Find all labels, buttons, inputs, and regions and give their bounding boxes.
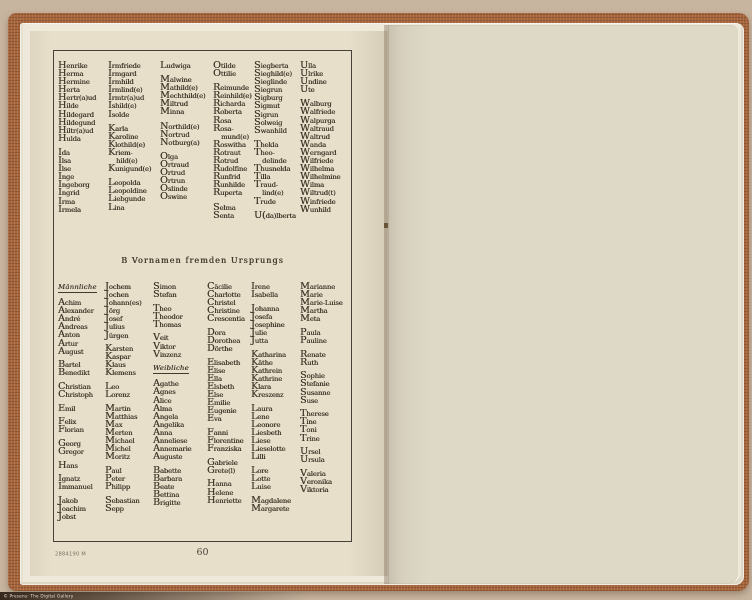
name-entry: Florian xyxy=(58,426,105,434)
name-group: SophieStefanieSusanneSuse xyxy=(300,372,343,404)
name-entry: Anneliese xyxy=(153,437,207,445)
name-entry: Franziska xyxy=(207,445,251,453)
watermark: © Presens: The Digital Gallery xyxy=(0,592,310,600)
name-group: LoreLotteLuise xyxy=(251,467,300,491)
name-entry: Artur xyxy=(58,340,105,348)
name-group: SimonStefan xyxy=(153,283,207,299)
name-entry: Trine xyxy=(300,435,343,443)
name-entry: Jobst xyxy=(58,513,105,521)
names-section-a: HenrikeHermaHermineHertaHertr(a)udHildeH… xyxy=(58,62,350,226)
name-entry: Kunigund(e) xyxy=(108,165,160,173)
gender-section-header: Weibliche xyxy=(153,364,189,374)
name-group: ThereseTineToniTrine xyxy=(300,410,343,442)
name-group: KarstenKasparKlausKlemens xyxy=(105,345,153,377)
name-group: WalburgWalfriedeWalpurgaWaltraudWaltrudW… xyxy=(300,100,340,213)
name-entry: Klothild(e) xyxy=(108,141,160,149)
name-entry: Irene xyxy=(251,283,300,291)
name-group: Northild(e)NortrudNotburg(a) xyxy=(160,123,213,147)
name-group: OtildeOttilie xyxy=(213,62,254,78)
name-entry: Stefanie xyxy=(300,380,343,388)
name-column: SimonStefanTheoTheodorThomasVeitViktorVi… xyxy=(153,283,207,513)
name-group: SebastianSepp xyxy=(105,497,153,513)
printed-border-frame: HenrikeHermaHermineHertaHertr(a)udHildeH… xyxy=(53,50,352,542)
name-entry: Auguste xyxy=(153,453,207,461)
name-entry: Barbara xyxy=(153,475,207,483)
name-group: LauraLeneLeonoreLiesbethLieseLieselotteL… xyxy=(251,405,300,462)
name-group: IrmfriedeIrmgardIrmhildIrmlind(e)Irmtr(a… xyxy=(108,62,160,119)
name-entry: Suse xyxy=(300,397,343,405)
name-group: JohannaJosefaJosephineJulieJutta xyxy=(251,305,300,345)
gender-section-header: Männliche xyxy=(58,283,97,293)
name-group: CäcilieCharlotteChristelChristineCrescen… xyxy=(207,283,251,323)
name-group: ElisabethEliseEllaElsbethElseEmilieEugen… xyxy=(207,359,251,424)
name-group: ValeriaVeronikaViktoria xyxy=(300,470,343,494)
name-group: GeorgGregor xyxy=(58,440,105,456)
name-entry: Dörthe xyxy=(207,345,251,353)
name-group: Ludwiga xyxy=(160,62,213,70)
name-entry: Christoph xyxy=(58,391,105,399)
name-entry: Liesbeth xyxy=(251,429,300,437)
right-page-blank xyxy=(388,25,738,584)
name-column: JochemJochenJohann(es)JörgJosefJuliusJür… xyxy=(105,283,153,518)
name-group: RenateRuth xyxy=(300,351,343,367)
name-entry: Lina xyxy=(108,204,160,212)
name-group: KatharinaKätheKathreinKathrineKlaraKresz… xyxy=(251,351,300,400)
name-group: LeoLorenz xyxy=(105,383,153,399)
name-entry: Alma xyxy=(153,405,207,413)
name-entry: Agnes xyxy=(153,388,207,396)
name-column: LudwigaMalwineMathild(e)Mechthild(e)Milt… xyxy=(160,62,213,207)
name-entry: Beate xyxy=(153,483,207,491)
name-entry: Lilli xyxy=(251,453,300,461)
name-column: CäcilieCharlotteChristelChristineCrescen… xyxy=(207,283,251,510)
name-group: UrselUrsula xyxy=(300,448,343,464)
name-group: GabrieleGrete(l) xyxy=(207,459,251,475)
name-entry: Alice xyxy=(153,397,207,405)
name-column: IreneIsabellaJohannaJosefaJosephineJulie… xyxy=(251,283,300,518)
name-entry: Stefan xyxy=(153,291,207,299)
name-group: FanniFlorentineFranziska xyxy=(207,429,251,453)
name-entry: Lorenz xyxy=(105,391,153,399)
name-entry: Hans xyxy=(58,462,105,470)
name-entry: Ruperta xyxy=(213,189,254,197)
name-entry: Jochen xyxy=(105,291,153,299)
name-group: IreneIsabella xyxy=(251,283,300,299)
name-entry: hild(e) xyxy=(108,157,160,165)
name-entry: Joachim xyxy=(58,505,105,513)
name-entry: Ursula xyxy=(300,456,343,464)
name-group: PaulPeterPhilipp xyxy=(105,467,153,491)
name-entry: Jürgen xyxy=(105,332,153,340)
name-entry: Pauline xyxy=(300,337,343,345)
name-entry: Thekla xyxy=(254,141,300,149)
name-entry: Isolde xyxy=(108,111,160,119)
name-entry: Isabella xyxy=(251,291,300,299)
name-entry: Angelika xyxy=(153,421,207,429)
name-entry: Meta xyxy=(300,315,343,323)
name-group: AgatheAgnesAliceAlmaAngelaAngelikaAnnaAn… xyxy=(153,380,207,461)
name-group: UllaUlrikeUndineUte xyxy=(300,62,340,94)
name-group: OlgaOrtraudOrtrudOrtrunOslindeOswine xyxy=(160,153,213,202)
name-group: MarianneMarieMarie-LuiseMarthaMeta xyxy=(300,283,343,323)
name-entry: Bettina xyxy=(153,491,207,499)
name-entry: Irmela xyxy=(58,206,108,214)
name-entry: Ludwiga xyxy=(160,62,213,70)
name-entry: Johanna xyxy=(251,305,300,313)
name-group: AchimAlexanderAndréAndreasAntonArturAugu… xyxy=(58,299,105,356)
name-entry: Veit xyxy=(153,334,207,342)
names-section-b: MännlicheAchimAlexanderAndréAndreasAnton… xyxy=(58,283,350,527)
name-entry: U(da)lberta xyxy=(254,212,300,220)
name-entry: Moritz xyxy=(105,453,153,461)
name-entry: Hulda xyxy=(58,135,108,143)
name-group: SiegbertaSieghild(e)SieglindeSiegrunSigb… xyxy=(254,62,300,135)
name-entry: Immanuel xyxy=(58,483,105,491)
name-entry: Notburg(a) xyxy=(160,139,213,147)
name-group: IgnatzImmanuel xyxy=(58,475,105,491)
name-column: MarianneMarieMarie-LuiseMarthaMetaPaulaP… xyxy=(300,283,343,500)
name-entry: Paula xyxy=(300,329,343,337)
name-entry: Liebgunde xyxy=(108,195,160,203)
name-group: TheoTheodorThomas xyxy=(153,305,207,329)
name-entry: Henriette xyxy=(207,497,251,505)
name-entry: Ilsa xyxy=(58,157,108,165)
name-entry: Jutta xyxy=(251,337,300,345)
name-entry: Anton xyxy=(58,331,105,339)
name-entry: Katharina xyxy=(251,351,300,359)
name-entry: Sebastian xyxy=(105,497,153,505)
name-entry: Annemarie xyxy=(153,445,207,453)
name-entry: Vinzenz xyxy=(153,351,207,359)
name-entry: Kreszenz xyxy=(251,391,300,399)
name-entry: Ida xyxy=(58,149,108,157)
name-group: BabetteBarbaraBeateBettinaBrigitte xyxy=(153,467,207,507)
name-entry: Sepp xyxy=(105,505,153,513)
name-group: HenrikeHermaHermineHertaHertr(a)udHildeH… xyxy=(58,62,108,143)
name-group: FelixFlorian xyxy=(58,418,105,434)
watermark-text: © Presens: The Digital Gallery xyxy=(0,594,73,599)
name-column: MännlicheAchimAlexanderAndréAndreasAnton… xyxy=(58,283,105,527)
name-group: MalwineMathild(e)Mechthild(e)MiltrudMinn… xyxy=(160,76,213,116)
name-group: MartinMatthiasMaxMertenMichaelMichelMori… xyxy=(105,405,153,462)
stitch-mark xyxy=(384,223,388,228)
name-group: MagdaleneMargarete xyxy=(251,497,300,513)
name-entry: Paul xyxy=(105,467,153,475)
name-entry: Crescentia xyxy=(207,315,251,323)
name-entry: Simon xyxy=(153,283,207,291)
name-entry: Laura xyxy=(251,405,300,413)
name-entry: Viktoria xyxy=(300,486,343,494)
name-entry: Klara xyxy=(251,383,300,391)
name-entry: Margarete xyxy=(251,505,300,513)
name-entry: delinde xyxy=(254,157,300,165)
name-entry: Lotte xyxy=(251,475,300,483)
name-entry: Ingrid xyxy=(58,189,108,197)
name-entry: Josephine xyxy=(251,321,300,329)
name-entry: Leo xyxy=(105,383,153,391)
name-entry: Anna xyxy=(153,429,207,437)
name-group: ReimundeReinhild(e)RichardaRobertaRosaRo… xyxy=(213,84,254,197)
name-entry: Ute xyxy=(300,86,340,94)
name-column: OtildeOttilieReimundeReinhild(e)Richarda… xyxy=(213,62,254,226)
name-group: HannaHeleneHenriette xyxy=(207,480,251,504)
name-entry: Sigmut xyxy=(254,102,300,110)
name-entry: Leonore xyxy=(251,421,300,429)
name-entry: Kriem- xyxy=(108,149,160,157)
name-group: TheklaTheo-delindeThusneldaTillaTraud-li… xyxy=(254,141,300,206)
name-entry: Theo- xyxy=(254,149,300,157)
name-entry: Benedikt xyxy=(58,369,105,377)
name-entry: Achim xyxy=(58,299,105,307)
name-entry: Theo xyxy=(153,305,207,313)
name-group: ChristianChristoph xyxy=(58,383,105,399)
name-group: Hans xyxy=(58,462,105,470)
name-group: LeopoldaLeopoldineLiebgundeLina xyxy=(108,179,160,211)
name-entry: Senta xyxy=(213,212,254,220)
name-entry: Ilse xyxy=(58,165,108,173)
name-entry: Irmfriede xyxy=(108,62,160,70)
name-entry: Ruth xyxy=(300,359,343,367)
name-entry: Trude xyxy=(254,198,300,206)
name-entry: Philipp xyxy=(105,483,153,491)
name-entry: Susanne xyxy=(300,389,343,397)
name-group: IdaIlsaIlseIngeIngeborgIngridIrmaIrmela xyxy=(58,149,108,214)
name-entry: Swanhild xyxy=(254,127,300,135)
name-entry: Angela xyxy=(153,413,207,421)
name-column: UllaUlrikeUndineUteWalburgWalfriedeWalpu… xyxy=(300,62,340,220)
left-page: HenrikeHermaHermineHertaHertr(a)udHildeH… xyxy=(30,31,388,576)
name-group: JakobJoachimJobst xyxy=(58,497,105,521)
name-entry: Julie xyxy=(251,329,300,337)
name-group: PaulaPauline xyxy=(300,329,343,345)
name-entry: Lore xyxy=(251,467,300,475)
name-entry: Karoline xyxy=(108,133,160,141)
name-entry: Ottilie xyxy=(213,70,254,78)
name-group: U(da)lberta xyxy=(254,212,300,220)
name-entry: Theodor xyxy=(153,313,207,321)
name-entry: Peter xyxy=(105,475,153,483)
name-entry: Thomas xyxy=(153,321,207,329)
name-entry: lind(e) xyxy=(254,189,300,197)
name-entry: Rosa- xyxy=(213,125,254,133)
name-entry: Ishild(e) xyxy=(108,102,160,110)
name-entry: Siegberta xyxy=(254,62,300,70)
page-number: 60 xyxy=(53,547,352,558)
name-entry: Klemens xyxy=(105,369,153,377)
name-entry: Selma xyxy=(213,204,254,212)
name-entry: Josefa xyxy=(251,313,300,321)
name-entry: Irma xyxy=(58,198,108,206)
name-entry: Emil xyxy=(58,405,105,413)
name-entry: Toni xyxy=(300,426,343,434)
name-group: KarlaKarolineKlothild(e)Kriem-hild(e)Kun… xyxy=(108,125,160,174)
name-entry: Brigitte xyxy=(153,499,207,507)
name-entry: Babette xyxy=(153,467,207,475)
name-group: DoraDorotheaDörthe xyxy=(207,329,251,353)
name-entry: Gregor xyxy=(58,448,105,456)
name-entry: Oswine xyxy=(160,193,213,201)
name-entry: Traud- xyxy=(254,181,300,189)
name-column: IrmfriedeIrmgardIrmhildIrmlind(e)Irmtr(a… xyxy=(108,62,160,218)
name-group: SelmaSenta xyxy=(213,204,254,220)
name-column: SiegbertaSieghild(e)SieglindeSiegrunSigb… xyxy=(254,62,300,226)
book-gutter xyxy=(384,25,389,584)
name-entry: Jochem xyxy=(105,283,153,291)
name-group: BartelBenedikt xyxy=(58,361,105,377)
name-entry: Liese xyxy=(251,437,300,445)
name-column: HenrikeHermaHermineHertaHertr(a)udHildeH… xyxy=(58,62,108,220)
name-entry: Käthe xyxy=(251,359,300,367)
name-entry: Minna xyxy=(160,108,213,116)
name-entry: Luise xyxy=(251,483,300,491)
name-group: VeitViktorVinzenz xyxy=(153,334,207,358)
name-entry: Viktor xyxy=(153,343,207,351)
name-entry: Julius xyxy=(105,323,153,331)
name-entry: Karla xyxy=(108,125,160,133)
name-entry: Solweig xyxy=(254,119,300,127)
name-entry: Kathrein xyxy=(251,367,300,375)
name-entry: Kathrine xyxy=(251,375,300,383)
name-entry: Christian xyxy=(58,383,105,391)
name-entry: August xyxy=(58,348,105,356)
section-b-heading: B Vornamen fremden Ursprungs xyxy=(54,256,351,265)
name-entry: Jakob xyxy=(58,497,105,505)
name-entry: Grete(l) xyxy=(207,467,251,475)
name-entry: Sigrun xyxy=(254,111,300,119)
name-entry: Irmgard xyxy=(108,70,160,78)
name-entry: Sieghild(e) xyxy=(254,70,300,78)
name-entry: Lene xyxy=(251,413,300,421)
name-entry: Thusnelda xyxy=(254,165,300,173)
name-entry: Eva xyxy=(207,415,251,423)
name-group: Emil xyxy=(58,405,105,413)
name-entry: Wunhild xyxy=(300,206,340,214)
name-group: JochemJochenJohann(es)JörgJosefJuliusJür… xyxy=(105,283,153,340)
